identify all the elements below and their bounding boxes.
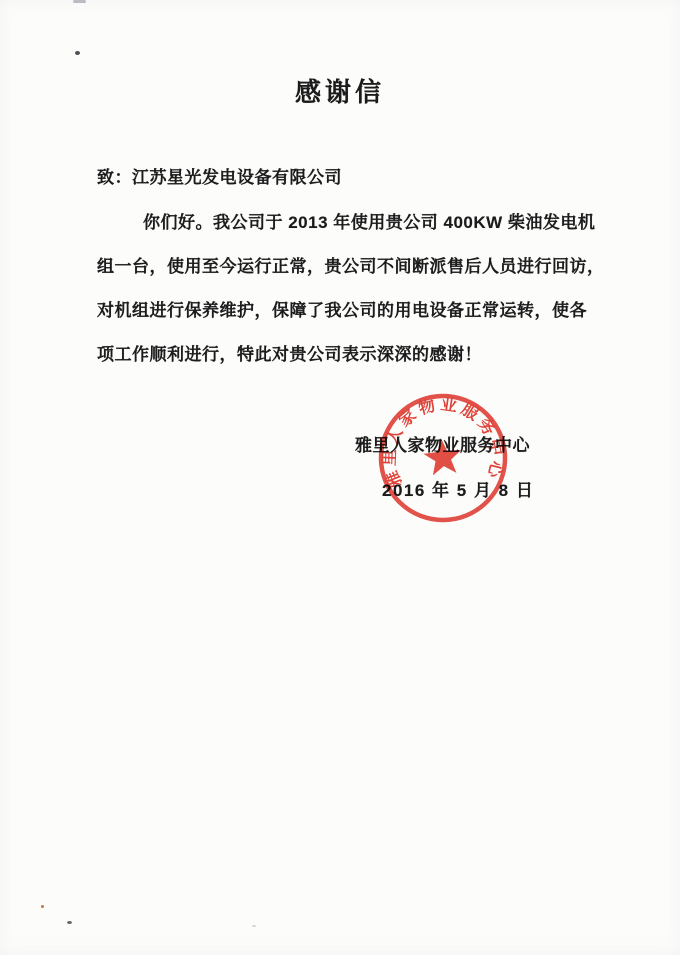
scanned-letter-page: 感谢信 致：江苏星光发电设备有限公司 你们好。我公司于 2013 年使用贵公司 …	[0, 0, 680, 955]
seal-circle-icon	[375, 390, 511, 526]
date-line: 2016 年 5 月 8 日	[382, 482, 534, 499]
body-line-3: 对机组进行保养维护，保障了我公司的用电设备正常运转，使各	[97, 302, 587, 319]
company-seal-stamp: 雅里人家物业服务中心	[361, 376, 526, 541]
body-line-2: 组一台，使用至今运行正常，贵公司不间断派售后人员进行回访，	[97, 258, 605, 275]
scan-speck	[67, 921, 72, 924]
body-line-4: 项工作顺利进行，特此对贵公司表示深深的感谢！	[97, 346, 482, 363]
scan-speck	[73, 0, 86, 3]
letter-title: 感谢信	[0, 79, 680, 105]
signature-line: 雅里人家物业服务中心	[355, 437, 530, 454]
body-line-1: 你们好。我公司于 2013 年使用贵公司 400KW 柴油发电机	[143, 214, 595, 231]
scan-speck	[75, 51, 80, 55]
scan-speck	[252, 925, 256, 927]
recipient-line: 致：江苏星光发电设备有限公司	[97, 169, 342, 186]
scan-speck	[41, 905, 44, 908]
